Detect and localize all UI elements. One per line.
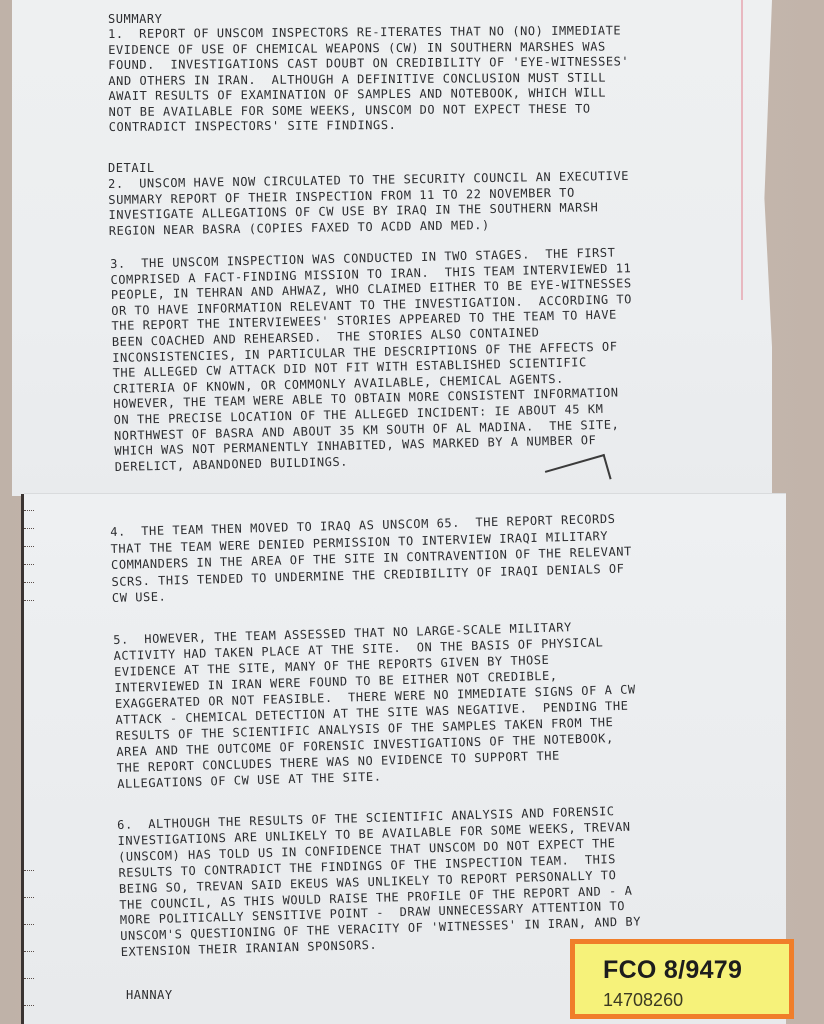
summary-heading: SUMMARY xyxy=(108,12,162,28)
paragraph-5: 5. HOWEVER, THE TEAM ASSESSED THAT NO LA… xyxy=(113,617,638,791)
archive-reference-label: FCO 8/9479 14708260 xyxy=(570,939,794,1019)
paragraph-1: 1. REPORT OF UNSCOM INSPECTORS RE-ITERAT… xyxy=(108,23,630,135)
paragraph-6: 6. ALTHOUGH THE RESULTS OF THE SCIENTIFI… xyxy=(117,803,642,961)
signoff-name: HANNAY xyxy=(126,988,173,1004)
binder-ticks xyxy=(24,510,36,1024)
paragraph-2: 2. UNSCOM HAVE NOW CIRCULATED TO THE SEC… xyxy=(108,169,630,239)
paragraph-4: 4. THE TEAM THEN MOVED TO IRAQ AS UNSCOM… xyxy=(110,510,633,606)
paragraph-3: 3. THE UNSCOM INSPECTION WAS CONDUCTED I… xyxy=(110,245,636,475)
detail-heading: DETAIL xyxy=(108,161,155,177)
archive-item-number: 14708260 xyxy=(603,990,683,1011)
archive-reference-code: FCO 8/9479 xyxy=(603,956,742,985)
margin-rule xyxy=(741,0,743,300)
